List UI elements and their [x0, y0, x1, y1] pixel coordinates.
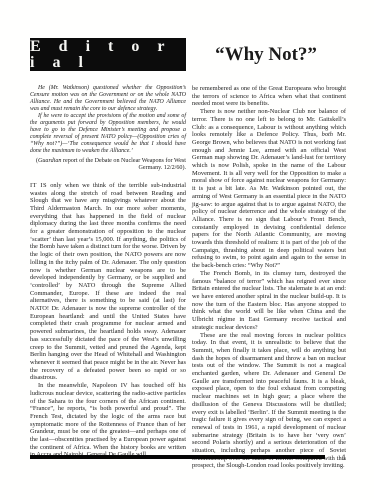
page-number: 1 — [342, 452, 346, 462]
attribution-source: Guardian — [38, 158, 61, 164]
two-column-article: He (Mr. Watkinson) questioned whether th… — [30, 85, 346, 470]
page-header: E d i t o r i a l “Why Not?” — [30, 38, 346, 71]
article-paragraph: The French Bomb, in its clumsy turn, des… — [192, 270, 346, 332]
quote-paragraph: If he were to accept the provisions of t… — [30, 113, 186, 155]
article-paragraph: These are the real moving forces in nucl… — [192, 332, 346, 471]
editorial-section-label: E d i t o r i a l — [30, 39, 193, 71]
attribution-rest: report of the Debate on Nuclear Weapons … — [61, 158, 186, 171]
right-column-body: be remembered as one of the Great Europe… — [192, 85, 346, 470]
quote-paragraph: He (Mr. Watkinson) questioned whether th… — [30, 85, 186, 113]
page-footer: 1 — [30, 452, 346, 462]
article-title: “Why Not?” — [186, 45, 346, 64]
article-paragraph: In the meanwhile, Napoleon IV has touche… — [30, 382, 186, 459]
article-paragraph: There is now neither non-Nuclear Club no… — [192, 108, 346, 270]
quote-attribution: (Guardian report of the Debate on Nuclea… — [30, 158, 186, 173]
footer-rule — [30, 455, 325, 459]
left-column-body: IT IS only when we think of the terrible… — [30, 182, 186, 459]
editorial-section-banner: E d i t o r i a l — [30, 38, 186, 71]
editorial-page: E d i t o r i a l “Why Not?” He (Mr. Wat… — [0, 0, 374, 500]
page-content: E d i t o r i a l “Why Not?” He (Mr. Wat… — [30, 38, 346, 470]
paragraph-lead: IT IS — [30, 182, 47, 189]
right-column: be remembered as one of the Great Europe… — [192, 85, 346, 470]
article-paragraph: be remembered as one of the Great Europe… — [192, 85, 346, 108]
epigraph-quote: He (Mr. Watkinson) questioned whether th… — [30, 85, 186, 155]
left-column: He (Mr. Watkinson) questioned whether th… — [30, 85, 186, 470]
article-paragraph: IT IS only when we think of the terrible… — [30, 182, 186, 382]
